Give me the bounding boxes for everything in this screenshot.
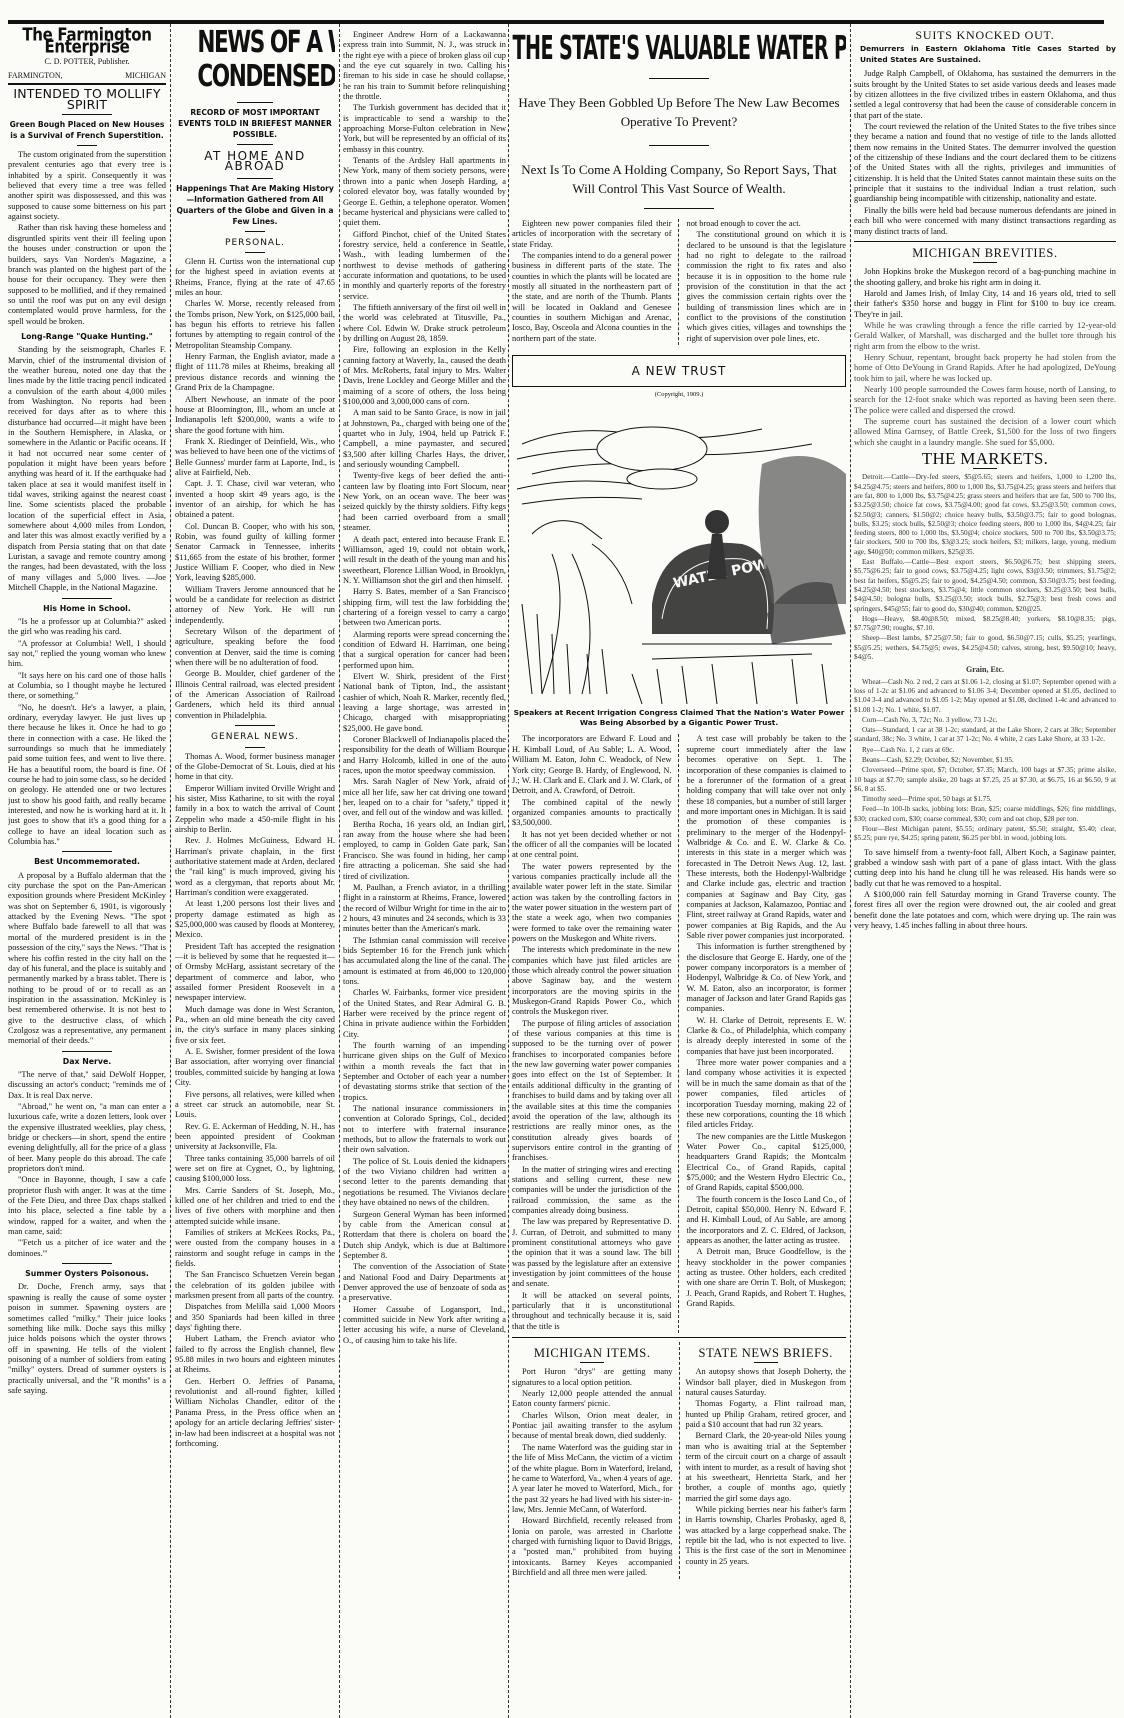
paragraph: Albert Newhouse, an inmate of the poor h… (175, 395, 335, 436)
market-paragraph: Sheep—Best lambs, $7.25@7.50; fair to go… (854, 634, 1116, 662)
paragraph: President Taft has accepted the resignat… (175, 942, 335, 1004)
paragraph: The incorporators are Edward F. Loud and… (512, 734, 672, 796)
paragraph: While picking berries near his father's … (686, 1505, 847, 1567)
deck-record: RECORD OF MOST IMPORTANT EVENTS TOLD IN … (175, 107, 335, 140)
paragraph: Rev. J. Holmes McGuiness, Edward H. Harr… (175, 836, 335, 898)
paragraph: Rev. G. E. Ackerman of Hedding, N. H., h… (175, 1122, 335, 1153)
paragraph: Nearly 12,000 people attended the annual… (512, 1389, 673, 1410)
water-powers-story: THE STATE'S VALUABLE WATER POWERS Have T… (512, 26, 846, 1718)
paragraph: Rather than risk having these homeless a… (8, 223, 166, 326)
water-top-columns: Eighteen new power companies filed their… (512, 219, 846, 345)
water-bottom-columns: The incorporators are Edward F. Loud and… (512, 734, 846, 1333)
divider (649, 78, 709, 79)
paragraph: This information is further strengthened… (687, 942, 847, 1014)
divider (235, 725, 275, 726)
paragraph: A man said to be Santo Grace, is now in … (343, 408, 506, 470)
masthead-title: The Farmington Enterprise (8, 26, 166, 53)
paragraph: "'Fetch us a pitcher of ice water and th… (8, 1238, 166, 1259)
paragraph: The custom originated from the superstit… (8, 150, 166, 222)
subhead-uncommemorated: Best Uncommemorated. (8, 857, 166, 867)
paragraph: The law was prepared by Representative D… (512, 1217, 672, 1289)
market-paragraph: Flour—Best Michigan patent, $5.55; ordin… (854, 825, 1116, 844)
paragraph: Glenn H. Curtiss won the international c… (175, 257, 335, 298)
paragraph: The court reviewed the relation of the U… (854, 122, 1116, 205)
column-3: Engineer Andrew Horn of a Lackawanna exp… (343, 26, 506, 1718)
column-divider (850, 24, 851, 1718)
paragraph: The companies intend to do a general pow… (512, 251, 672, 344)
cartoon-illustration: WATER POWER TRUST (512, 404, 846, 704)
divider (245, 231, 265, 232)
state-news-briefs: STATE NEWS BRIEFS. An autopsy shows that… (679, 1342, 847, 1579)
state-briefs-head: STATE NEWS BRIEFS. (686, 1348, 847, 1358)
cartoon-copyright: (Copyright, 1909.) (512, 390, 846, 400)
paragraph: Nearly 100 people surrounded the Cowes f… (854, 385, 1116, 416)
deck-demurrers: Demurrers in Eastern Oklahoma Title Case… (860, 44, 1116, 65)
paragraph: A death pact, entered into because Frank… (343, 535, 506, 587)
paragraph: not broad enough to cover the act. (687, 219, 847, 229)
paragraph: Three tanks containing 35,000 barrels of… (175, 1154, 335, 1185)
market-paragraph: Hogs—Heavy, $8.40@8.50; mixed, $8.25@8.4… (854, 615, 1116, 634)
paragraph: Henry Schuur, repentant, brought back pr… (854, 353, 1116, 384)
divider (644, 208, 714, 209)
subhead-oysters: Summer Oysters Poisonous. (8, 1269, 166, 1279)
paragraph: "A professor at Columbia! Well, I should… (8, 639, 166, 670)
paragraph: "It says here on his card one of those h… (8, 671, 166, 702)
paragraph: Surgeon General Wyman has been informed … (343, 1210, 506, 1262)
subhead-dax-nerve: Dax Nerve. (8, 1057, 166, 1067)
paragraph: William Travers Jerome announced that he… (175, 585, 335, 626)
masthead-publisher: C. D. POTTER, Publisher. (8, 57, 166, 67)
divider (62, 114, 112, 115)
paragraph: Elvert W. Shirk, president of the First … (343, 672, 506, 734)
paragraph: A. E. Swisher, former president of the I… (175, 1047, 335, 1088)
paragraph: Finally the bills were held bad because … (854, 206, 1116, 237)
paragraph: Frank X. Riedinger of Deinfield, Wis., w… (175, 437, 335, 478)
paragraph: It will be attacked on several points, p… (512, 1291, 672, 1332)
paragraph: Thomas Fogarty, a Flint railroad man, hu… (686, 1399, 847, 1430)
paragraph: Charles W. Fairbanks, former vice presid… (343, 988, 506, 1040)
paragraph: A Detroit man, Bruce Goodfellow, is the … (687, 1247, 847, 1309)
column-6: SUITS KNOCKED OUT. Demurrers in Eastern … (854, 26, 1116, 1718)
masthead-state: MICHIGAN (125, 71, 166, 81)
water-trust-cartoon-icon: WATER POWER TRUST (512, 404, 846, 704)
section-home-abroad: AT HOME AND ABROAD (175, 151, 335, 172)
market-paragraph: Cloverseed—Prime spot, $7; October, $7.3… (854, 766, 1116, 794)
deck-gobbled: Have They Been Gobbled Up Before The New… (512, 93, 846, 131)
divider (245, 252, 265, 253)
paragraph: An autopsy shows that Joseph Doherty, th… (686, 1367, 847, 1398)
masthead-city: FARMINGTON, (8, 71, 63, 81)
paragraph: Fire, following an explosion in the Kell… (343, 345, 506, 407)
headline-suits: SUITS KNOCKED OUT. (854, 30, 1116, 40)
paragraph: Howard Birchfield, recently released fro… (512, 1516, 673, 1578)
paragraph: Secretary Wilson of the department of ag… (175, 627, 335, 668)
paragraph: Harold and James Irish, of Imlay City, 1… (854, 289, 1116, 320)
column-divider (508, 24, 509, 1718)
paragraph: Homer Cassube of Logansport, Ind., commi… (343, 1305, 506, 1346)
paragraph: In the matter of stringing wires and ere… (512, 1165, 672, 1217)
market-paragraph: Timothy seed—Prime spot, 50 bags at $1.7… (854, 795, 1116, 804)
paragraph: "Is he a professor up at Columbia?" aske… (8, 617, 166, 638)
markets-body: Detroit.—Cattle—Dry-fed steers, $5@5.65;… (854, 473, 1116, 843)
top-rule (8, 20, 1104, 24)
column-divider (170, 24, 171, 1718)
paragraph: Eighteen new power companies filed their… (512, 219, 672, 250)
paragraph: Col. Duncan B. Cooper, who with his son,… (175, 522, 335, 584)
market-paragraph: East Buffalo.—Cattle—Best export steers,… (854, 558, 1116, 614)
paragraph: While he was crawling through a fence th… (854, 321, 1116, 352)
divider (62, 851, 112, 852)
headline-news-week-2: CONDENSED FORM (197, 60, 312, 94)
divider (973, 468, 997, 469)
paragraph: The purpose of filing articles of associ… (512, 1019, 672, 1164)
paragraph: At least 1,200 persons lost their lives … (175, 899, 335, 940)
paragraph: Dr. Doche, French army, says that spawni… (8, 1282, 166, 1396)
paragraph: Bertha Rocha, 16 years old, an Indian gi… (343, 820, 506, 882)
paragraph: Twenty-five kegs of beer defied the anti… (343, 471, 506, 533)
divider (649, 145, 709, 146)
paragraph: The water powers represented by the vari… (512, 862, 672, 945)
column-divider (339, 24, 340, 1718)
paragraph: M. Paulhan, a French aviator, in a thril… (343, 883, 506, 935)
paragraph: "The nerve of that," said DeWolf Hopper,… (8, 1070, 166, 1101)
paragraph: The Turkish government has decided that … (343, 103, 506, 155)
market-paragraph: Wheat—Cash No. 2 red, 2 cars at $1.06 1-… (854, 678, 1116, 715)
paragraph: The fourth concern is the Iosco Land Co.… (687, 1195, 847, 1247)
paragraph: Henry Farman, the English aviator, made … (175, 352, 335, 393)
paragraph: "Abroad," he went on, "a man can enter a… (8, 1102, 166, 1174)
headline-news-week-1: NEWS OF A WEEK IN (197, 26, 312, 60)
paragraph: Three more water power companies and a l… (687, 1058, 847, 1130)
subhead-home-school: His Home in School. (8, 604, 166, 614)
paragraph: Coroner Blackwell of Indianapolis placed… (343, 735, 506, 776)
paragraph: "No, he doesn't. He's a lawyer, a plain,… (8, 703, 166, 848)
paragraph: The interests which predominate in the n… (512, 945, 672, 1017)
paragraph: Mrs. Carrie Sanders of St. Joseph, Mo., … (175, 1186, 335, 1227)
cartoon-caption: Speakers at Recent Irrigation Congress C… (512, 708, 846, 728)
paragraph: Port Huron "drys" are getting many signa… (512, 1367, 673, 1388)
paragraph: Emperor William invited Orville Wright a… (175, 784, 335, 836)
paragraph: Standing by the seismograph, Charles F. … (8, 345, 166, 593)
divider (973, 262, 997, 263)
paragraph: The Isthmian canal commission will recei… (343, 936, 506, 988)
divider (854, 241, 1116, 242)
paragraph: The police of St. Louis denied the kidna… (343, 1157, 506, 1209)
column-2: NEWS OF A WEEK IN CONDENSED FORM RECORD … (175, 26, 335, 1718)
paragraph: Five persons, all relatives, were killed… (175, 1090, 335, 1121)
paragraph: The new companies are the Little Muskego… (687, 1132, 847, 1194)
column-1: The Farmington Enterprise C. D. POTTER, … (8, 26, 166, 1718)
section-personal: PERSONAL. (175, 238, 335, 248)
paragraph: The combined capital of the newly organi… (512, 798, 672, 829)
paragraph: Bernard Clark, the 20-year-old Niles you… (686, 1431, 847, 1503)
paragraph: Tenants of the Ardsley Hall apartments i… (343, 156, 506, 228)
paragraph: The supreme court has sustained the deci… (854, 417, 1116, 448)
paragraph: The name Waterford was the guiding star … (512, 1443, 673, 1515)
divider (245, 747, 265, 748)
market-paragraph: Feed—In 100-lb sacks, jobbing lots: Bran… (854, 805, 1116, 824)
headline-mollify: INTENDED TO MOLLIFY SPIRIT (8, 89, 166, 110)
paragraph: The convention of the Association of Sta… (343, 1262, 506, 1303)
deck-happenings: Happenings That Are Making History —Info… (175, 183, 335, 227)
paragraph: To save himself from a twenty-foot fall,… (854, 848, 1116, 889)
market-paragraph: Corn—Cash No. 3, 72c; No. 3 yellow, 73 1… (854, 716, 1116, 725)
paragraph: Much damage was done in West Scranton, P… (175, 1005, 335, 1046)
cartoon-title: A NEW TRUST (632, 366, 727, 376)
divider (237, 178, 273, 179)
paragraph: "Once in Bayonne, though, I saw a cafe p… (8, 1175, 166, 1237)
paragraph: Charles W. Morse, recently released from… (175, 299, 335, 351)
paragraph: Gifford Pinchot, chief of the United Sta… (343, 230, 506, 302)
deck-holding-company: Next Is To Come A Holding Company, So Re… (512, 160, 846, 198)
paragraph: A test case will probably be taken to th… (687, 734, 847, 941)
paragraph: Engineer Andrew Horn of a Lackawanna exp… (343, 30, 506, 102)
brevities-head: MICHIGAN BREVITIES. (854, 248, 1116, 258)
market-paragraph: Beans—Cash, $2.29; October, $2; November… (854, 756, 1116, 765)
paragraph: Dispatches from Melilla said 1,000 Moors… (175, 1302, 335, 1333)
paragraph: The fiftieth anniversary of the first oi… (343, 303, 506, 344)
paragraph: A proposal by a Buffalo alderman that th… (8, 871, 166, 1047)
cartoon-title-box: A NEW TRUST (512, 355, 846, 387)
michigan-items: MICHIGAN ITEMS. Port Huron "drys" are ge… (512, 1342, 673, 1579)
paragraph: Thomas A. Wood, former business manager … (175, 752, 335, 783)
paragraph: John Hopkins broke the Muskegon record o… (854, 267, 1116, 288)
section-general-news: GENERAL NEWS. (175, 732, 335, 742)
headline-water-powers: THE STATE'S VALUABLE WATER POWERS (513, 28, 846, 68)
paragraph: Gen. Herbert O. Jeffries of Panama, revo… (175, 1377, 335, 1449)
grain-head: Grain, Etc. (854, 665, 1116, 674)
paragraph: Judge Ralph Campbell, of Oklahoma, has s… (854, 69, 1116, 121)
paragraph: It has not yet been decided whether or n… (512, 830, 672, 861)
divider (237, 102, 273, 103)
paragraph: Mrs. Sarah Nagler of New York, afraid of… (343, 777, 506, 818)
paragraph: W. H. Clarke of Detroit, represents E. W… (687, 1016, 847, 1057)
bottom-briefs: MICHIGAN ITEMS. Port Huron "drys" are ge… (512, 1337, 846, 1579)
paragraph: Families of strikers at McKees Rocks, Pa… (175, 1228, 335, 1269)
divider (237, 144, 273, 145)
divider (580, 1362, 604, 1363)
masthead-location: FARMINGTON, MICHIGAN (8, 71, 166, 85)
paragraph: Harry S. Bates, member of a San Francisc… (343, 587, 506, 628)
paragraph: The fourth warning of an impending hurri… (343, 1041, 506, 1103)
market-paragraph: Detroit.—Cattle—Dry-fed steers, $5@5.65;… (854, 473, 1116, 557)
deck-mollify: Green Bough Placed on New Houses is a Su… (8, 119, 166, 141)
divider (62, 598, 112, 599)
paragraph: Hubert Latham, the French aviator who fa… (175, 1334, 335, 1375)
market-paragraph: Rye—Cash No. 1, 2 cars at 69c. (854, 746, 1116, 755)
markets-head: THE MARKETS. (854, 454, 1116, 464)
market-paragraph: Oats—Standard, 1 car at 38 1-2c; standar… (854, 726, 1116, 745)
paragraph: Charles Wilson, Orion meat dealer, in Po… (512, 1411, 673, 1442)
paragraph: Alarming reports were spread concerning … (343, 630, 506, 671)
divider (62, 1263, 112, 1264)
divider (62, 1051, 112, 1052)
divider (754, 1362, 778, 1363)
paragraph: Capt. J. T. Chase, civil war veteran, wh… (175, 479, 335, 520)
paragraph: The national insurance commissioners in … (343, 1104, 506, 1156)
subhead-quake: Long-Range "Quake Hunting." (8, 332, 166, 342)
paragraph: George B. Moulder, chief gardener of the… (175, 669, 335, 721)
paragraph: A $100,000 rain fell Saturday morning in… (854, 890, 1116, 931)
paragraph: The San Francisco Schuetzen Verein began… (175, 1270, 335, 1301)
paragraph: The constitutional ground on which it is… (687, 230, 847, 344)
divider (77, 145, 97, 146)
michigan-items-head: MICHIGAN ITEMS. (512, 1348, 673, 1358)
